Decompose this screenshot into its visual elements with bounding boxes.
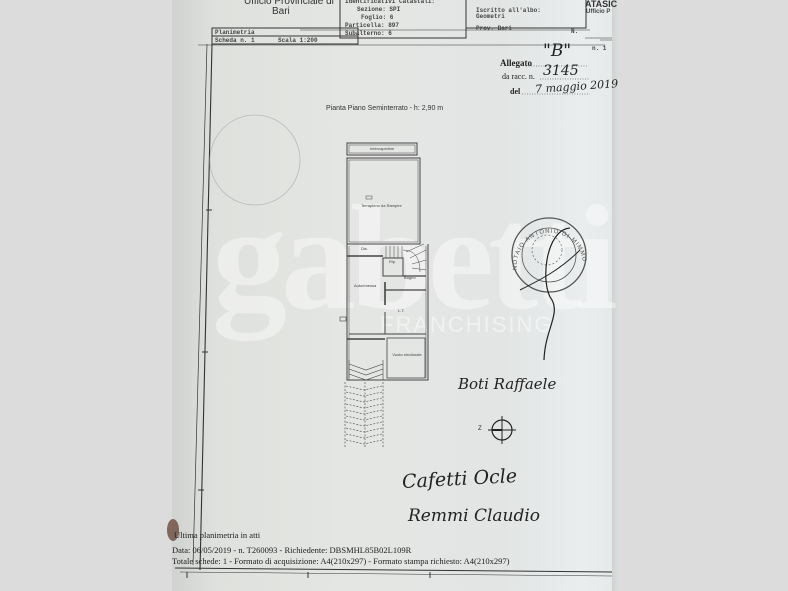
plan-title: Pianta Piano Seminterrato - h: 2,90 m xyxy=(326,105,443,112)
room-terrapieno: Terrapieno da Rampire xyxy=(361,203,402,208)
footer-format: Totale schede: 1 - Formato di acquisizio… xyxy=(172,556,509,566)
room-intercapedine: Intercapedine xyxy=(370,146,394,151)
page-number: n. 1 xyxy=(592,45,606,52)
office-city: Bari xyxy=(272,6,290,17)
room-bagno: Bagno xyxy=(404,275,416,280)
right-title: ATASIC xyxy=(585,0,617,9)
sheet-number: Scheda n. 1 xyxy=(215,37,255,44)
plan-type: Planimetria xyxy=(215,29,255,36)
racc-label: da racc. n. xyxy=(502,72,535,81)
allegato-value: "B" xyxy=(543,41,571,61)
room-lt: L.T. xyxy=(398,308,404,313)
signature-1: Boti Raffaele xyxy=(458,375,556,393)
drawing-layer: NOTAIO ANTONIO DI MIMMO xyxy=(0,0,788,591)
subalterno: Subalterno: 6 xyxy=(345,30,392,37)
number-short: N. xyxy=(571,28,578,35)
foglio: Foglio: 6 xyxy=(361,14,393,21)
signature-3: Remmi Claudio xyxy=(408,506,540,526)
right-subtitle: Ufficio P xyxy=(586,9,610,15)
del-label: del xyxy=(510,87,520,96)
room-autorimessa: Autorimessa xyxy=(354,283,376,288)
identification-label: Identificativi Catastali: xyxy=(345,0,435,5)
room-dis: Dis. xyxy=(361,246,368,251)
particella: Particella: 897 xyxy=(345,22,399,29)
room-vuoto: Vuoto strutturale xyxy=(392,352,422,357)
registered-value: Geometri xyxy=(476,13,505,20)
footer-last-plan: Ultima planimetria in atti xyxy=(174,530,260,540)
north-label: Z xyxy=(478,426,482,432)
province: Prov. Bari xyxy=(476,25,512,32)
footer-date-request: Data: 06/05/2019 - n. T260093 - Richiede… xyxy=(172,545,411,555)
sezione: Sezione: SPI xyxy=(357,6,400,13)
allegato-label: Allegato xyxy=(500,58,532,68)
racc-value: 3145 xyxy=(543,63,579,79)
room-rip: Rip. xyxy=(389,259,396,264)
scale: Scala 1:200 xyxy=(278,37,318,44)
